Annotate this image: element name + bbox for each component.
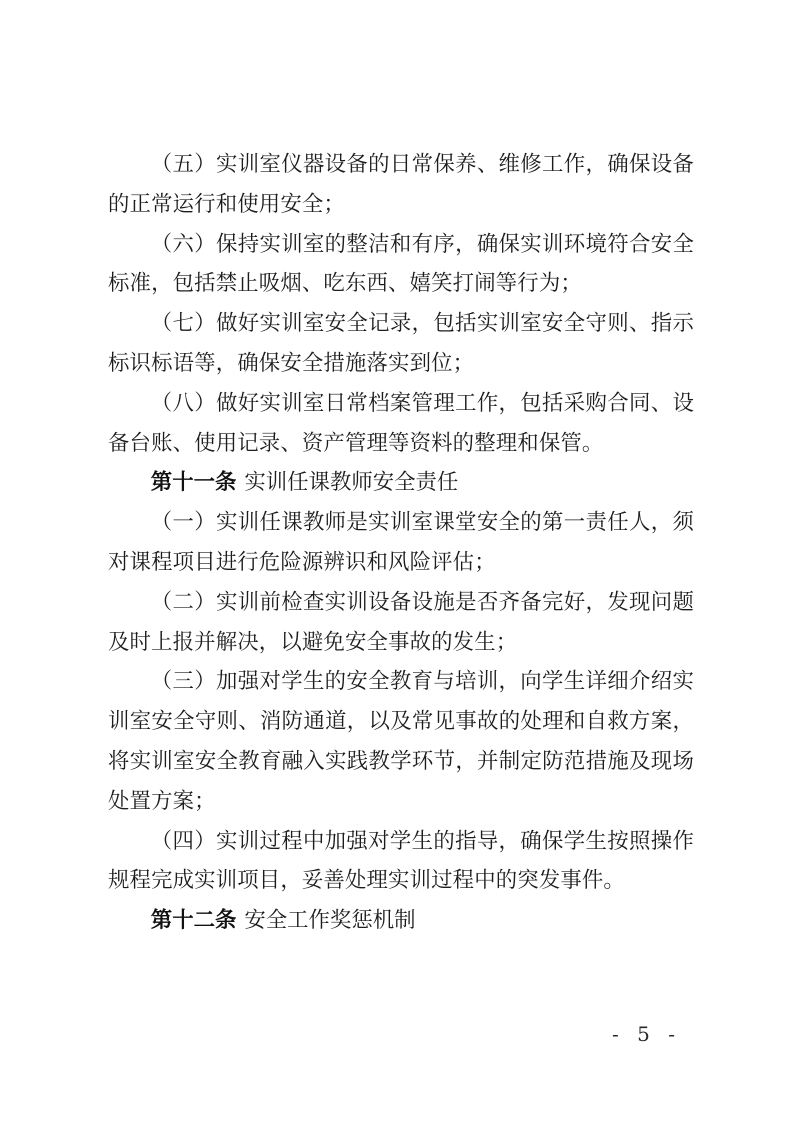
article-12-title: 安全工作奖惩机制	[244, 908, 415, 933]
article-11-title: 实训任课教师安全责任	[244, 470, 458, 495]
clause-item-7: （七）做好实训室安全记录，包括实训室安全守则、指示标识标语等，确保安全措施落实到…	[108, 304, 694, 384]
document-page: （五）实训室仪器设备的日常保养、维修工作，确保设备的正常运行和使用安全； （六）…	[0, 0, 793, 1122]
document-body: （五）实训室仪器设备的日常保养、维修工作，确保设备的正常运行和使用安全； （六）…	[108, 145, 694, 941]
article-11-item-3: （三）加强对学生的安全教育与培训，向学生详细介绍实训室安全守则、消防通道，以及常…	[108, 662, 694, 821]
article-11-item-2: （二）实训前检查实训设备设施是否齐备完好，发现问题及时上报并解决，以避免安全事故…	[108, 583, 694, 663]
clause-item-8: （八）做好实训室日常档案管理工作，包括采购合同、设备台账、使用记录、资产管理等资…	[108, 384, 694, 464]
article-11-item-1: （一）实训任课教师是实训室课堂安全的第一责任人，须对课程项目进行危险源辨识和风险…	[108, 503, 694, 583]
article-12-heading: 第十二条安全工作奖惩机制	[108, 901, 694, 941]
article-11-heading: 第十一条实训任课教师安全责任	[108, 463, 694, 503]
clause-item-6: （六）保持实训室的整洁和有序，确保实训环境符合安全标准，包括禁止吸烟、吃东西、嬉…	[108, 225, 694, 305]
page-number: - 5 -	[612, 1022, 681, 1046]
article-11-item-4: （四）实训过程中加强对学生的指导，确保学生按照操作规程完成实训项目，妥善处理实训…	[108, 822, 694, 902]
article-12-number: 第十二条	[151, 908, 237, 933]
article-11-number: 第十一条	[151, 470, 237, 495]
clause-item-5: （五）实训室仪器设备的日常保养、维修工作，确保设备的正常运行和使用安全；	[108, 145, 694, 225]
